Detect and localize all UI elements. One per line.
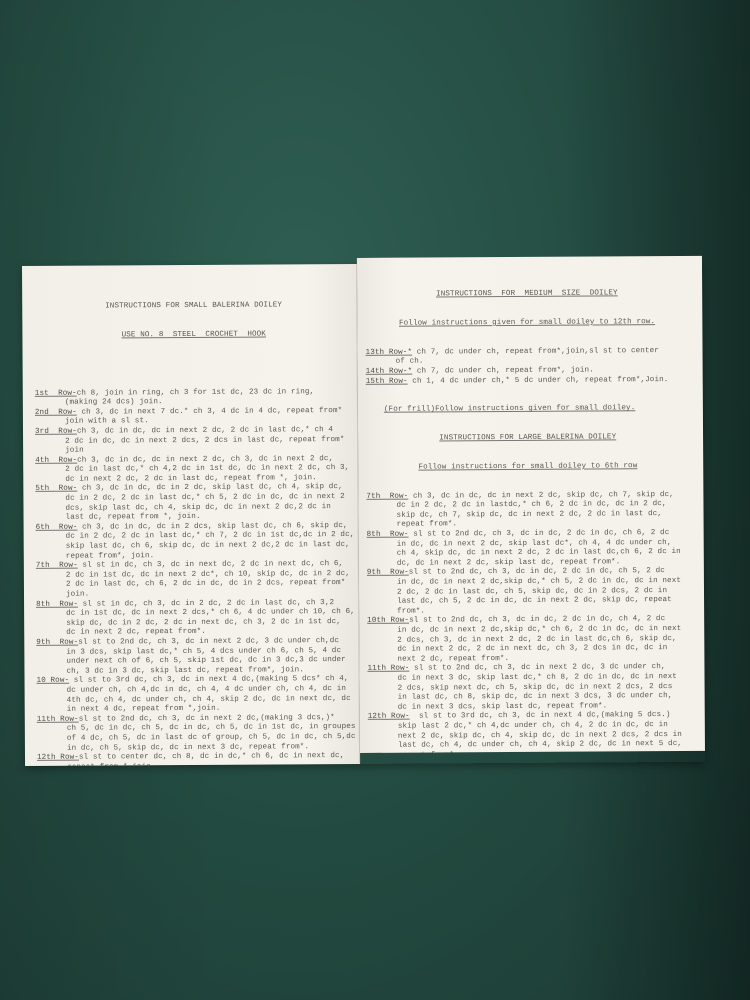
instruction-row: 10 Row- sl st to 3rd dc, ch 3, dc in nex… [37, 675, 356, 715]
row-text: in dc, dc in next 2 dc,skip dc,* ch 5, 2… [397, 577, 681, 587]
row-text: 2 dcs, ch 3, dc in next 2 dc, 2 dc in la… [397, 635, 676, 645]
instruction-row: 7th Row- ch 3, dc in dc, dc in next 2 dc… [366, 491, 690, 531]
row-text: dc in next 2 dc, 2 dc in last dc, repeat… [65, 474, 317, 484]
row-label: 11th Row- [37, 715, 79, 723]
row-text: join [65, 447, 84, 455]
row-text: repeat from*. [397, 521, 458, 529]
instruction-row: 3rd Row-ch 3, dc in dc, dc in next 2 dc,… [35, 426, 354, 457]
right-page: INSTRUCTIONS FOR MEDIUM SIZE DOILEY Foll… [357, 256, 705, 753]
row-text: join with a sl st. [65, 418, 149, 427]
row-label: 5th Row- [35, 485, 77, 493]
row-label: 13th Row-* [366, 348, 413, 356]
row-text: ch, 3 dc in 3 dc, skip last dc, repeat f… [66, 666, 304, 675]
instruction-row: 11th Row- sl st to 2nd dc, ch 3, dc in n… [367, 663, 691, 713]
row-text: sl st to 2nd dc, ch 3, dc in next 2 dc, … [409, 663, 665, 673]
instruction-row: 8th Row- sl st to 2nd dc, ch 3, dc in dc… [367, 529, 691, 569]
row-text: in next 4 dc, repeat from *,join. [67, 705, 221, 714]
instruction-row: 9th Row-sl st to 2nd dc, ch 3, dc in nex… [36, 637, 355, 677]
row-text: (making 24 dcs) join. [65, 398, 163, 407]
row-label: 3rd Row- [35, 428, 77, 436]
row-text: 4th dc, ch 4, dc under ch, ch 4, skip 2 … [67, 695, 351, 705]
row-text: dc under ch, ch 4,dc in dc, ch 4, 4 dc u… [67, 685, 346, 695]
row-label: 7th Row- [366, 492, 408, 500]
row-text: in dc, dc in next 2 dc, skip last dc*, c… [397, 539, 672, 549]
row-text: 2 dc in dc, dc in next 2 dcs, 2 dcs in l… [65, 436, 344, 446]
row-text: skip dc, ch 7, skip dc, dc in next 2 dc,… [397, 510, 662, 520]
row-text: ch 4, skip dc, dc in next 2 dc, 2 dc in … [397, 548, 681, 558]
row-text: ch 7, dc under ch, repeat from*, join. [412, 366, 594, 375]
row-text: under next ch of 6, ch 5, skip 1st dc, d… [66, 656, 345, 666]
row-text: sl st to 2nd dc, ch 3, dc in dc, 2 dc in… [409, 567, 665, 577]
row-text: ch 3, dc in dc, dc in next 2 dc, ch 3, d… [77, 455, 333, 465]
row-text: 2 dcs, skip next dc, ch 5, skip dc, dc i… [398, 683, 673, 693]
row-text: skip last dc, ch 6, skip dc, dc in next … [66, 541, 350, 551]
row-label: 8th Row- [367, 531, 409, 539]
row-label: 7th Row- [36, 562, 78, 570]
row-text: dc in next 2 dc, 2 dc in next dc, ch 3, … [397, 644, 667, 654]
row-label: 9th Row- [367, 569, 409, 577]
instruction-row: 11th Row-sl st to 2nd dc, ch 3, dc in ne… [37, 714, 356, 754]
row-text: 2 dc in 1st dc, dc in next 2 dc*, ch 10,… [66, 570, 350, 580]
row-text: ch 5, dc in dc, ch 5, dc in dc, ch 5, dc… [67, 723, 356, 733]
instruction-row: 1st Row-ch 8, join in ring, ch 3 for 1st… [35, 388, 354, 409]
row-text: ch 1, 4 dc under ch,* 5 dc under ch, rep… [408, 376, 669, 386]
instruction-row: 5th Row- ch 3, dc in dc, dc in 2 dc, ski… [35, 483, 354, 523]
row-label: 4th Row- [35, 456, 77, 464]
row-text: dc in next 2 dc, repeat from*. [66, 628, 206, 637]
row-text: ch 8, join in ring, ch 3 for 1st dc, 23 … [77, 388, 315, 397]
row-text: dc in 2 dc, 2 dc in lastdc,* ch 6, 2 dc … [396, 500, 666, 510]
row-text: join. [66, 591, 89, 599]
row-text: sl st to 2nd dc, ch 3, dc in dc, 2 dc in… [409, 615, 665, 625]
instruction-row: 2nd Row- ch 3, dc in next 7 dc.* ch 3, 4… [35, 407, 354, 428]
row-label: 10th Row- [367, 617, 409, 625]
row-text: sl st in dc, ch 3, dc in next dc, 2 dc i… [78, 560, 343, 570]
row-text: last dc, repeat from *, join. [66, 513, 201, 522]
row-text: next 2 dc, skip dc, ch 4, skip dc, dc in… [398, 730, 682, 740]
row-text: 2 dc, 2 dc in last dc, ch 5, skip dc, dc… [397, 587, 667, 597]
row-text: ch 3, dc in next 7 dc.* ch 3, 4 dc in 4 … [77, 407, 342, 417]
large-doiley-subtitle: Follow instructions for small doiley to … [366, 462, 689, 474]
row-text: repeat from*, join. [66, 552, 155, 561]
instruction-row: 12th Row-sl st to center dc, ch 8, dc in… [37, 752, 356, 766]
row-text: sl st to 3rd dc, ch 3, dc in next 4 dc,(… [69, 675, 348, 685]
instruction-row: 13th Row-* ch 7, dc under ch, repeat fro… [366, 347, 690, 368]
row-text: sl st to 2nd dc, ch 3, dc in next 2 dc,(… [79, 714, 335, 724]
row-text: ch 3, dc in dc, dc in next 2 dc, skip dc… [408, 491, 673, 501]
left-page: INSTRUCTIONS FOR SMALL BALERINA DOILEY U… [22, 264, 360, 766]
row-label: 11th Row- [367, 665, 409, 673]
large-doiley-title: INSTRUCTIONS FOR LARGE BALERINA DOILEY [366, 433, 689, 445]
large-doiley-rows: 7th Row- ch 3, dc in dc, dc in next 2 dc… [366, 491, 692, 753]
row-text: next 2 dc, repeat from*. [397, 655, 509, 664]
small-doiley-rows: 1st Row-ch 8, join in ring, ch 3 for 1st… [35, 388, 356, 766]
instruction-row: 4th Row-ch 3, dc in dc, dc in next 2 dc,… [35, 455, 354, 486]
row-text: ch 3, dc in dc, dc in 2 dc, skip last dc… [77, 484, 342, 494]
instruction-row: 15th Row- ch 1, 4 dc under ch,* 5 dc und… [366, 375, 689, 387]
row-text: in last dc, ch 8, skip dc, dc in next 3 … [398, 692, 673, 702]
row-text: repeat from*. [398, 751, 459, 753]
row-text: skip dc, dc in 2 dc, 2 dc in next dc, ch… [66, 618, 341, 628]
row-label: 2nd Row- [35, 408, 77, 416]
instruction-row: 8th Row- sl st in dc, ch 3, dc in 2 dc, … [36, 599, 355, 639]
row-text: from*. [397, 607, 425, 615]
row-text: dc in next 3 dcs, skip last dc, repeat f… [398, 702, 608, 711]
row-text: in dc, ch 5, skip dc, dc in next 3 dc, r… [67, 743, 309, 752]
row-text: dc, dc in next 2 dc, skip last dc, repea… [397, 558, 621, 567]
row-label: 12th Row- [37, 754, 79, 762]
medium-doiley-subtitle: Follow instructions given for small doil… [365, 318, 688, 330]
row-text: ch 3, dc in dc, dc in 2 dcs, skip last d… [77, 522, 347, 532]
row-text: in 3 dcs, skip last dc,* ch 5, 4 dcs und… [66, 647, 341, 657]
frill-note: (For frill)Follow instructions given for… [366, 404, 689, 416]
row-text: sl st to 2nd dc, ch 3, dc in next 2 dc, … [78, 637, 339, 647]
row-label: 1st Row- [35, 389, 77, 397]
row-text: dc in next 3 dc, skip last dc,* ch 8, 2 … [398, 673, 677, 683]
row-label: 6th Row- [36, 524, 78, 532]
row-text: ch 3, dc in dc, dc in next 2 dc, 2 dc in… [77, 426, 333, 436]
instruction-row: 12th Row- sl st to 3rd dc, ch 3, dc in n… [368, 711, 692, 753]
row-text: sl st to 3rd dc, ch 3, dc in next 4 dc,(… [410, 711, 671, 721]
row-label: 12th Row- [368, 713, 410, 721]
instruction-row: 9th Row-sl st to 2nd dc, ch 3, dc in dc,… [367, 567, 691, 617]
small-doiley-title: INSTRUCTIONS FOR SMALL BALERINA DOILEY [34, 301, 353, 313]
instruction-row: 10th Row-sl st to 2nd dc, ch 3, dc in dc… [367, 615, 691, 665]
row-text: sl st in dc, ch 3, dc in 2 dc, 2 dc in l… [78, 599, 334, 609]
row-text: sl st to 2nd dc, ch 3, dc in dc, 2 dc in… [409, 529, 670, 539]
row-label: 15th Row- [366, 377, 408, 385]
row-text: 2 dc in last dc,* ch 4,2 dc in 1st dc, d… [65, 464, 349, 474]
row-label: 14th Row-* [366, 368, 413, 376]
row-text: dc in 2 dc, 2 dc in last dc,* ch 7, 2 dc… [66, 531, 355, 541]
row-text: last dc, ch 5, 2 dc in dc, dc in next 2 … [397, 596, 672, 606]
row-text: last dc, ch 4, dc under ch, ch 4, skip 2… [398, 740, 682, 750]
row-text: ch 7, dc under ch, repeat from*,join,sl … [412, 347, 659, 357]
crochet-instruction-sheet: INSTRUCTIONS FOR SMALL BALERINA DOILEY U… [22, 262, 705, 766]
row-text: in dc, dc in next 2 dc,skip dc,* ch 6, 2… [397, 625, 681, 635]
left-page-text: INSTRUCTIONS FOR SMALL BALERINA DOILEY U… [34, 282, 357, 766]
row-text: dcs, skip last dc, ch 4, skip dc, dc in … [65, 503, 330, 513]
right-page-text: INSTRUCTIONS FOR MEDIUM SIZE DOILEY Foll… [365, 270, 692, 753]
medium-doiley-title: INSTRUCTIONS FOR MEDIUM SIZE DOILEY [365, 289, 688, 301]
row-text: 2 dc in last dc, ch 6, 2 dc in dc, dc in… [66, 579, 345, 589]
row-text: dc in 1st dc, dc in next 2 dcs,* ch 6, 4… [66, 608, 355, 618]
instruction-row: 6th Row- ch 3, dc in dc, dc in 2 dcs, sk… [36, 522, 355, 562]
row-label: 9th Row- [36, 639, 78, 647]
row-label: 8th Row- [36, 600, 78, 608]
hook-size-subtitle: USE NO. 8 STEEL CROCHET HOOK [34, 330, 353, 342]
medium-doiley-rows: 13th Row-* ch 7, dc under ch, repeat fro… [366, 347, 690, 387]
row-text: of 4 dc, ch 5, dc in last dc of group, c… [67, 733, 356, 743]
row-text: repeat from,* join. [67, 763, 156, 766]
row-text: dc in 2 dc, 2 dc in last dc,* ch 5, 2 dc… [65, 493, 344, 503]
row-text: skip last 2 dc,* ch 4,dc under ch, ch 4,… [398, 721, 668, 731]
row-text: of ch. [396, 358, 424, 366]
row-label: 10 Row- [37, 677, 70, 685]
row-text: sl st to center dc, ch 8, dc in dc,* ch … [79, 752, 344, 762]
instruction-row: 7th Row- sl st in dc, ch 3, dc in next d… [36, 560, 355, 600]
